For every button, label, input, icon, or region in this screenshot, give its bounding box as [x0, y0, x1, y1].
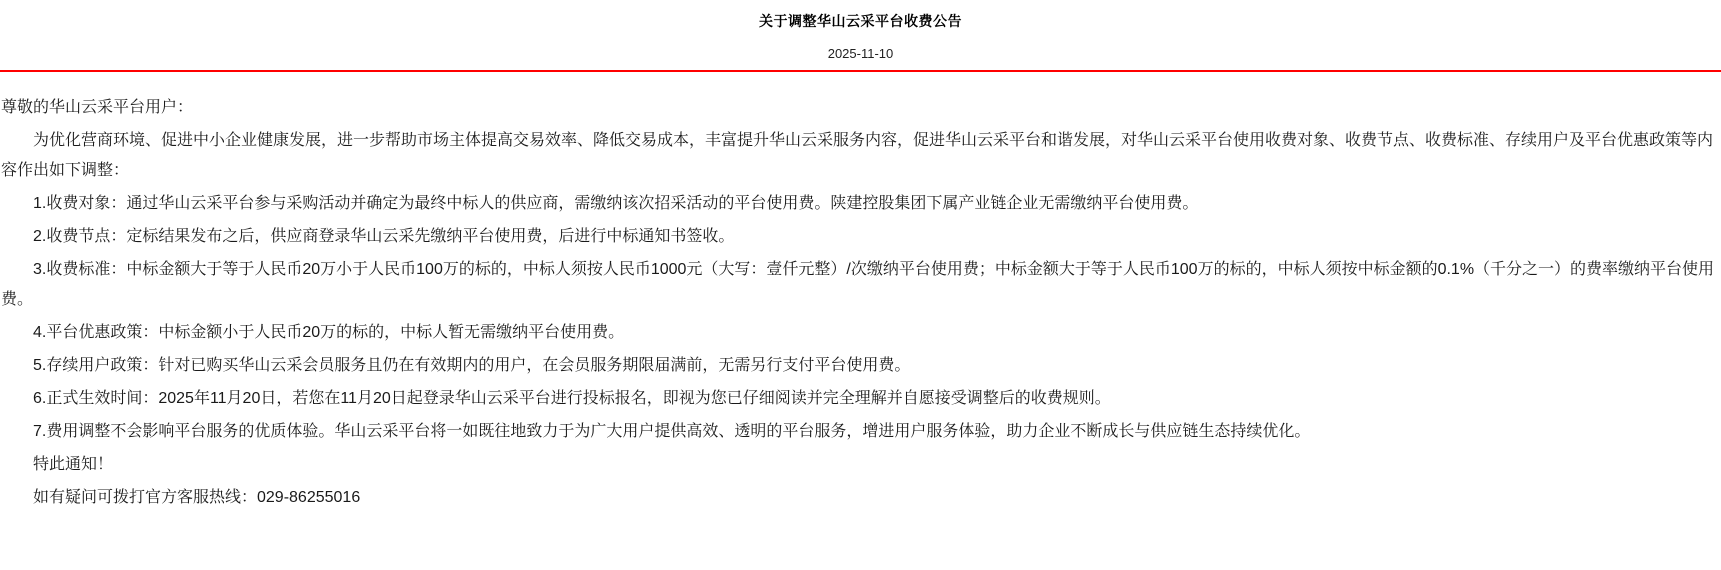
notice-item-7: 7.费用调整不会影响平台服务的优质体验。华山云采平台将一如既往地致力于为广大用户…	[1, 417, 1720, 447]
publish-date: 2025-11-10	[0, 46, 1721, 61]
announcement-body: 尊敬的华山云采平台用户： 为优化营商环境、促进中小企业健康发展，进一步帮助市场主…	[0, 80, 1721, 513]
notice-item-6: 6.正式生效时间：2025年11月20日，若您在11月20日起登录华山云采平台进…	[1, 384, 1720, 414]
notice-item-4: 4.平台优惠政策：中标金额小于人民币20万的标的，中标人暂无需缴纳平台使用费。	[1, 318, 1720, 348]
announcement-page: 关于调整华山云采平台收费公告 2025-11-10 尊敬的华山云采平台用户： 为…	[0, 0, 1721, 570]
notice-item-5: 5.存续用户政策：针对已购买华山云采会员服务且仍在有效期内的用户，在会员服务期限…	[1, 351, 1720, 381]
notice-item-1: 1.收费对象：通过华山云采平台参与采购活动并确定为最终中标人的供应商，需缴纳该次…	[1, 189, 1720, 219]
notice-item-3: 3.收费标准：中标金额大于等于人民币20万小于人民币100万的标的，中标人须按人…	[1, 255, 1720, 315]
announcement-header: 关于调整华山云采平台收费公告 2025-11-10	[0, 0, 1721, 72]
page-title: 关于调整华山云采平台收费公告	[0, 0, 1721, 31]
salutation: 尊敬的华山云采平台用户：	[1, 93, 1720, 123]
intro-paragraph: 为优化营商环境、促进中小企业健康发展，进一步帮助市场主体提高交易效率、降低交易成…	[1, 126, 1720, 186]
notice-item-2: 2.收费节点：定标结果发布之后，供应商登录华山云采先缴纳平台使用费，后进行中标通…	[1, 222, 1720, 252]
notice-closing: 特此通知！	[1, 450, 1720, 480]
red-divider	[0, 70, 1721, 72]
hotline-text: 如有疑问可拨打官方客服热线：029-86255016	[1, 483, 1720, 513]
